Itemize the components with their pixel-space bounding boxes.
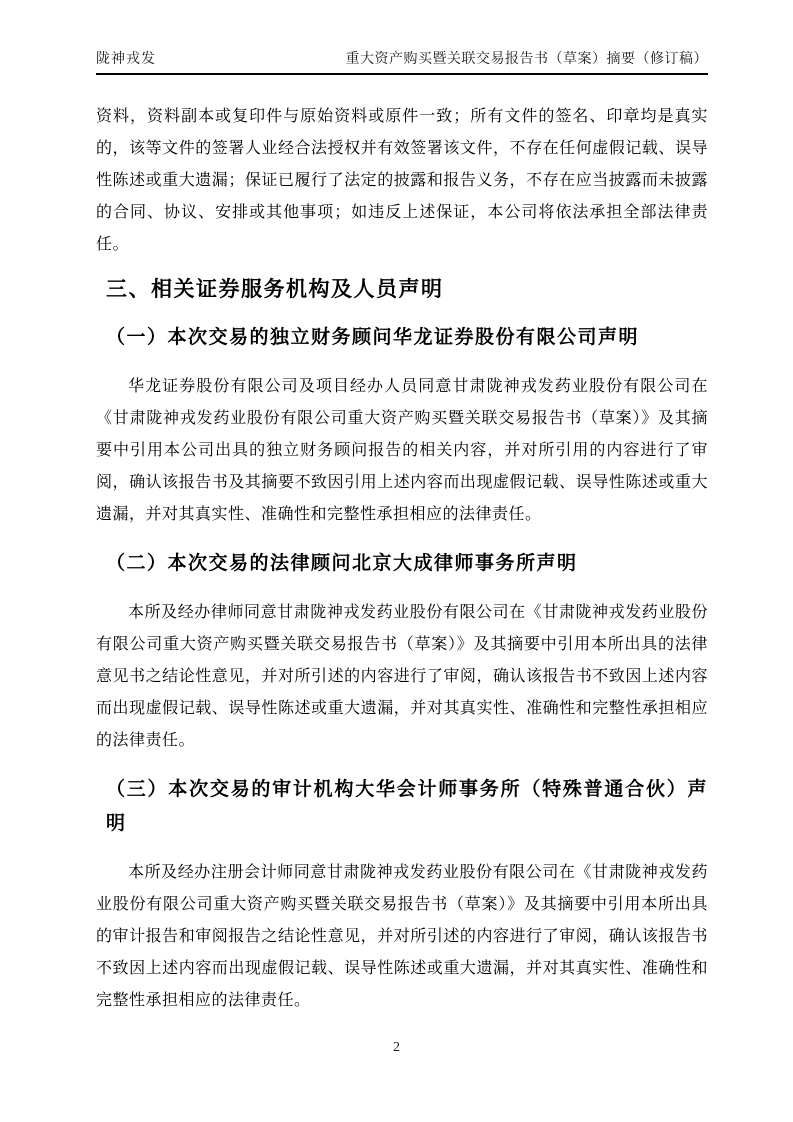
- document-body: 资料，资料副本或复印件与原始资料或原件一致；所有文件的签名、印章均是真实的，该等…: [96, 101, 708, 1017]
- page-footer: 2: [0, 1040, 793, 1056]
- subsection-1: （一）本次交易的独立财务顾问华龙证券股份有限公司声明 华龙证券股份有限公司及项目…: [96, 321, 708, 531]
- subsection-3-body: 本所及经办注册会计师同意甘肃陇神戎发药业股份有限公司在《甘肃陇神戎发药业股份有限…: [96, 857, 708, 1017]
- header-company-short-name: 陇神戎发: [96, 50, 156, 70]
- page-header: 陇神戎发 重大资产购买暨关联交易报告书（草案）摘要（修订稿）: [96, 50, 708, 75]
- subsection-3-heading: （三）本次交易的审计机构大华会计师事务所（特殊普通合伙）声明: [96, 773, 708, 841]
- section-heading-three: 三、相关证券服务机构及人员声明: [96, 275, 708, 305]
- subsection-1-heading: （一）本次交易的独立财务顾问华龙证券股份有限公司声明: [96, 321, 708, 355]
- subsection-1-body: 华龙证券股份有限公司及项目经办人员同意甘肃陇神戎发药业股份有限公司在《甘肃陇神戎…: [96, 371, 708, 531]
- intro-paragraph: 资料，资料副本或复印件与原始资料或原件一致；所有文件的签名、印章均是真实的，该等…: [96, 101, 708, 261]
- page-number: 2: [393, 1040, 400, 1055]
- subsection-2: （二）本次交易的法律顾问北京大成律师事务所声明 本所及经办律师同意甘肃陇神戎发药…: [96, 547, 708, 757]
- document-page: 陇神戎发 重大资产购买暨关联交易报告书（草案）摘要（修订稿） 资料，资料副本或复…: [0, 0, 793, 1122]
- subsection-3: （三）本次交易的审计机构大华会计师事务所（特殊普通合伙）声明 本所及经办注册会计…: [96, 773, 708, 1017]
- subsection-2-body: 本所及经办律师同意甘肃陇神戎发药业股份有限公司在《甘肃陇神戎发药业股份有限公司重…: [96, 597, 708, 757]
- header-doc-title: 重大资产购买暨关联交易报告书（草案）摘要（修订稿）: [346, 50, 709, 70]
- subsection-2-heading: （二）本次交易的法律顾问北京大成律师事务所声明: [96, 547, 708, 581]
